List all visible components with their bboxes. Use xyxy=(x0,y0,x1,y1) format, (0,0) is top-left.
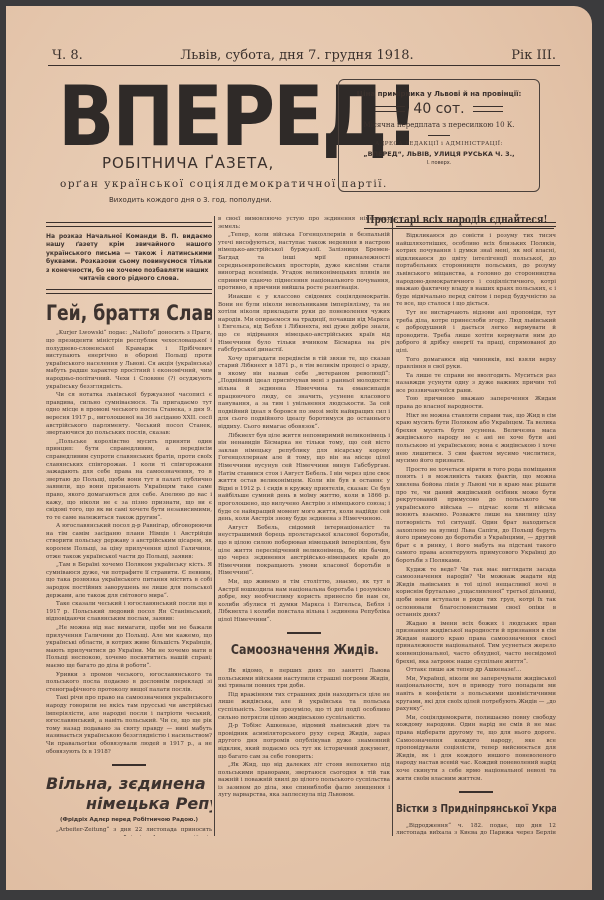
column-3: Відкликаюся до совісти і розуму тих тися… xyxy=(396,216,556,836)
paragraph: Лібкнехт був ціле життя непомиримий вели… xyxy=(218,433,390,524)
price-box-divider xyxy=(428,135,450,136)
paragraph: Нікт не можна ставляти справи так, що Жи… xyxy=(396,413,556,466)
paragraph: Август Бебель, свідомий інтернаціоналіст… xyxy=(218,525,390,578)
paragraph: Таке сказали чеський і югославянський по… xyxy=(46,601,212,624)
paragraph: „Відродження“ ч. 182. подає, що дня 12 л… xyxy=(396,823,556,836)
paragraph: „Не можна від нас вимагати, щоби ми не б… xyxy=(46,625,212,671)
paragraph: Ми, що живемо в тім століттю, знаємо, як… xyxy=(218,579,390,625)
paragraph: „Польське королівство мусить приняти оди… xyxy=(46,439,212,523)
column-1: На розказ Начальної Команди В. П. видаєм… xyxy=(46,216,212,836)
editorial-address: „ВПЕРЕД“, ЛЬВІВ, УЛИЦЯ РУСЬКА Ч. 3., xyxy=(339,150,539,158)
paragraph: Чи ся нотатка львівської буржуазної часо… xyxy=(46,392,212,438)
double-rule-right xyxy=(473,106,503,112)
paragraph: Хочу пригадати передівсім в тій звязи те… xyxy=(218,356,390,432)
paragraph: „Там в Бераїні хочемо Поляком українську… xyxy=(46,562,212,600)
double-rule-left xyxy=(375,106,405,112)
latin-letters-notice: На розказ Начальної Команди В. П. видаєм… xyxy=(46,233,212,283)
section-divider xyxy=(287,632,321,634)
price-value: 40 сот. xyxy=(413,101,464,117)
dateline: Львів, субота, дня 7. грудня 1918. xyxy=(180,48,413,63)
paragraph: в своєї вимовляючо устую про зєдинення н… xyxy=(218,216,390,231)
paragraph: Ми, соціялдемократи, полишаємо повну сво… xyxy=(396,715,556,783)
notice-text: На розказ Начальної Команди В. П. видаєм… xyxy=(46,233,212,274)
headline-slavs: Гей, браття Славяне! xyxy=(46,300,182,326)
column-separator-2 xyxy=(392,216,393,836)
masthead-info-line: Ч. 8. Львів, субота, дня 7. грудня 1918.… xyxy=(52,47,556,63)
paragraph: Жадаю в імени всіх божих і людських прав… xyxy=(396,621,556,667)
address-label: АДРЕСА РЕДАКЦІЇ і АДМІНІСТРАЦІЇ: xyxy=(339,141,539,147)
section-divider xyxy=(459,791,493,793)
notice-bottom-rule xyxy=(46,289,212,294)
paragraph: Д-р Тобіяс Ашкеназе, відомий львівський … xyxy=(218,723,390,761)
address-floor: I. поверх. xyxy=(339,160,539,166)
column-3-top-rule xyxy=(396,222,556,227)
year-label: Рік III. xyxy=(511,48,556,63)
paragraph: Ми, Українці, ніколи не заперечували жид… xyxy=(396,676,556,714)
paragraph: Того домагаюся від чинників, які взяли в… xyxy=(396,357,556,372)
germany-caption: (Фрідріх Адлєр перед Робітничою Радою.) xyxy=(46,817,212,825)
paragraph: Такі річи про право на самоозначення укр… xyxy=(46,695,212,756)
paragraph: Як відомо, в перших днях по занятті Льво… xyxy=(218,668,390,691)
paragraph: Оттакє пише аж тепер др Ашкеназе!... xyxy=(396,667,556,675)
paragraph: „Arbeiter-Zeitung“ з дня 22 листопада пр… xyxy=(46,827,212,836)
price-box: Ціна примірника у Львові й на провінції:… xyxy=(338,79,540,192)
paragraph: Та лише те справи не вволгодить. Муситьс… xyxy=(396,373,556,396)
publication-frequency: Виходить кождого дня о 3. год. пополудни… xyxy=(109,196,272,204)
section-divider xyxy=(112,764,146,766)
paragraph: Уривки з промов чеського, югославянськог… xyxy=(46,672,212,695)
paragraph: Тут не вистарчають відзови ані проповіди… xyxy=(396,310,556,356)
masthead-rule xyxy=(48,65,560,66)
headline-jews: Самоозначення Жидів. xyxy=(231,642,377,660)
price-label: Ціна примірника у Львові й на провінції: xyxy=(339,90,539,98)
article-slavs-body: „Kurjer Lwowski“ подає: „Naliofo“ доноси… xyxy=(46,330,212,756)
column-separator-1 xyxy=(214,216,215,836)
newspaper-page: Ч. 8. Львів, субота, дня 7. грудня 1918.… xyxy=(6,6,592,890)
subscription-price: Місячна передплата з пересилкою 10 К. xyxy=(339,121,539,129)
paragraph: Кудиж те веде? Чи так має виглядати заса… xyxy=(396,567,556,620)
paragraph: Инакше є у классово свідомих соціялдемок… xyxy=(218,294,390,355)
price-row: 40 сот. xyxy=(339,101,539,117)
column-2: в своєї вимовляючо устую про зєдинення н… xyxy=(218,216,390,801)
paragraph: „Тепер, коли війська Гогенцоллернів в бе… xyxy=(218,232,390,293)
newspaper-subtitle: РОБІТНИЧА ҐАЗЕТА, xyxy=(102,154,274,172)
paragraph: „Kurjer Lwowski“ подає: „Naliofo“ доноси… xyxy=(46,330,212,391)
headline-germany-line2: німецька Републіка. xyxy=(46,794,212,814)
paragraph: „Як Жид, що від далеких літ стояв непохи… xyxy=(218,762,390,800)
headline-dnipro: Вістки з Придніпрянської України. xyxy=(396,801,527,817)
notice-last-line: читачів свого рідного слова. xyxy=(46,275,212,283)
paragraph: Під вражінням тих страшних днів находить… xyxy=(218,692,390,722)
paragraph: А югославянський посол д-р Равнігар, обг… xyxy=(46,523,212,561)
issue-number: Ч. 8. xyxy=(52,48,83,63)
newspaper-title: ВПЕРЕД! xyxy=(58,72,336,162)
paragraph: Відкликаюся до совісти і розуму тих тися… xyxy=(396,233,556,309)
notice-top-rule xyxy=(46,222,212,227)
paragraph: Тою причиною вважаю заперечення Жидам пр… xyxy=(396,396,556,411)
paragraph: Просто не хочеться вірити в того рода по… xyxy=(396,467,556,566)
headline-germany-line1: Вільна, зєдинена xyxy=(46,774,212,794)
